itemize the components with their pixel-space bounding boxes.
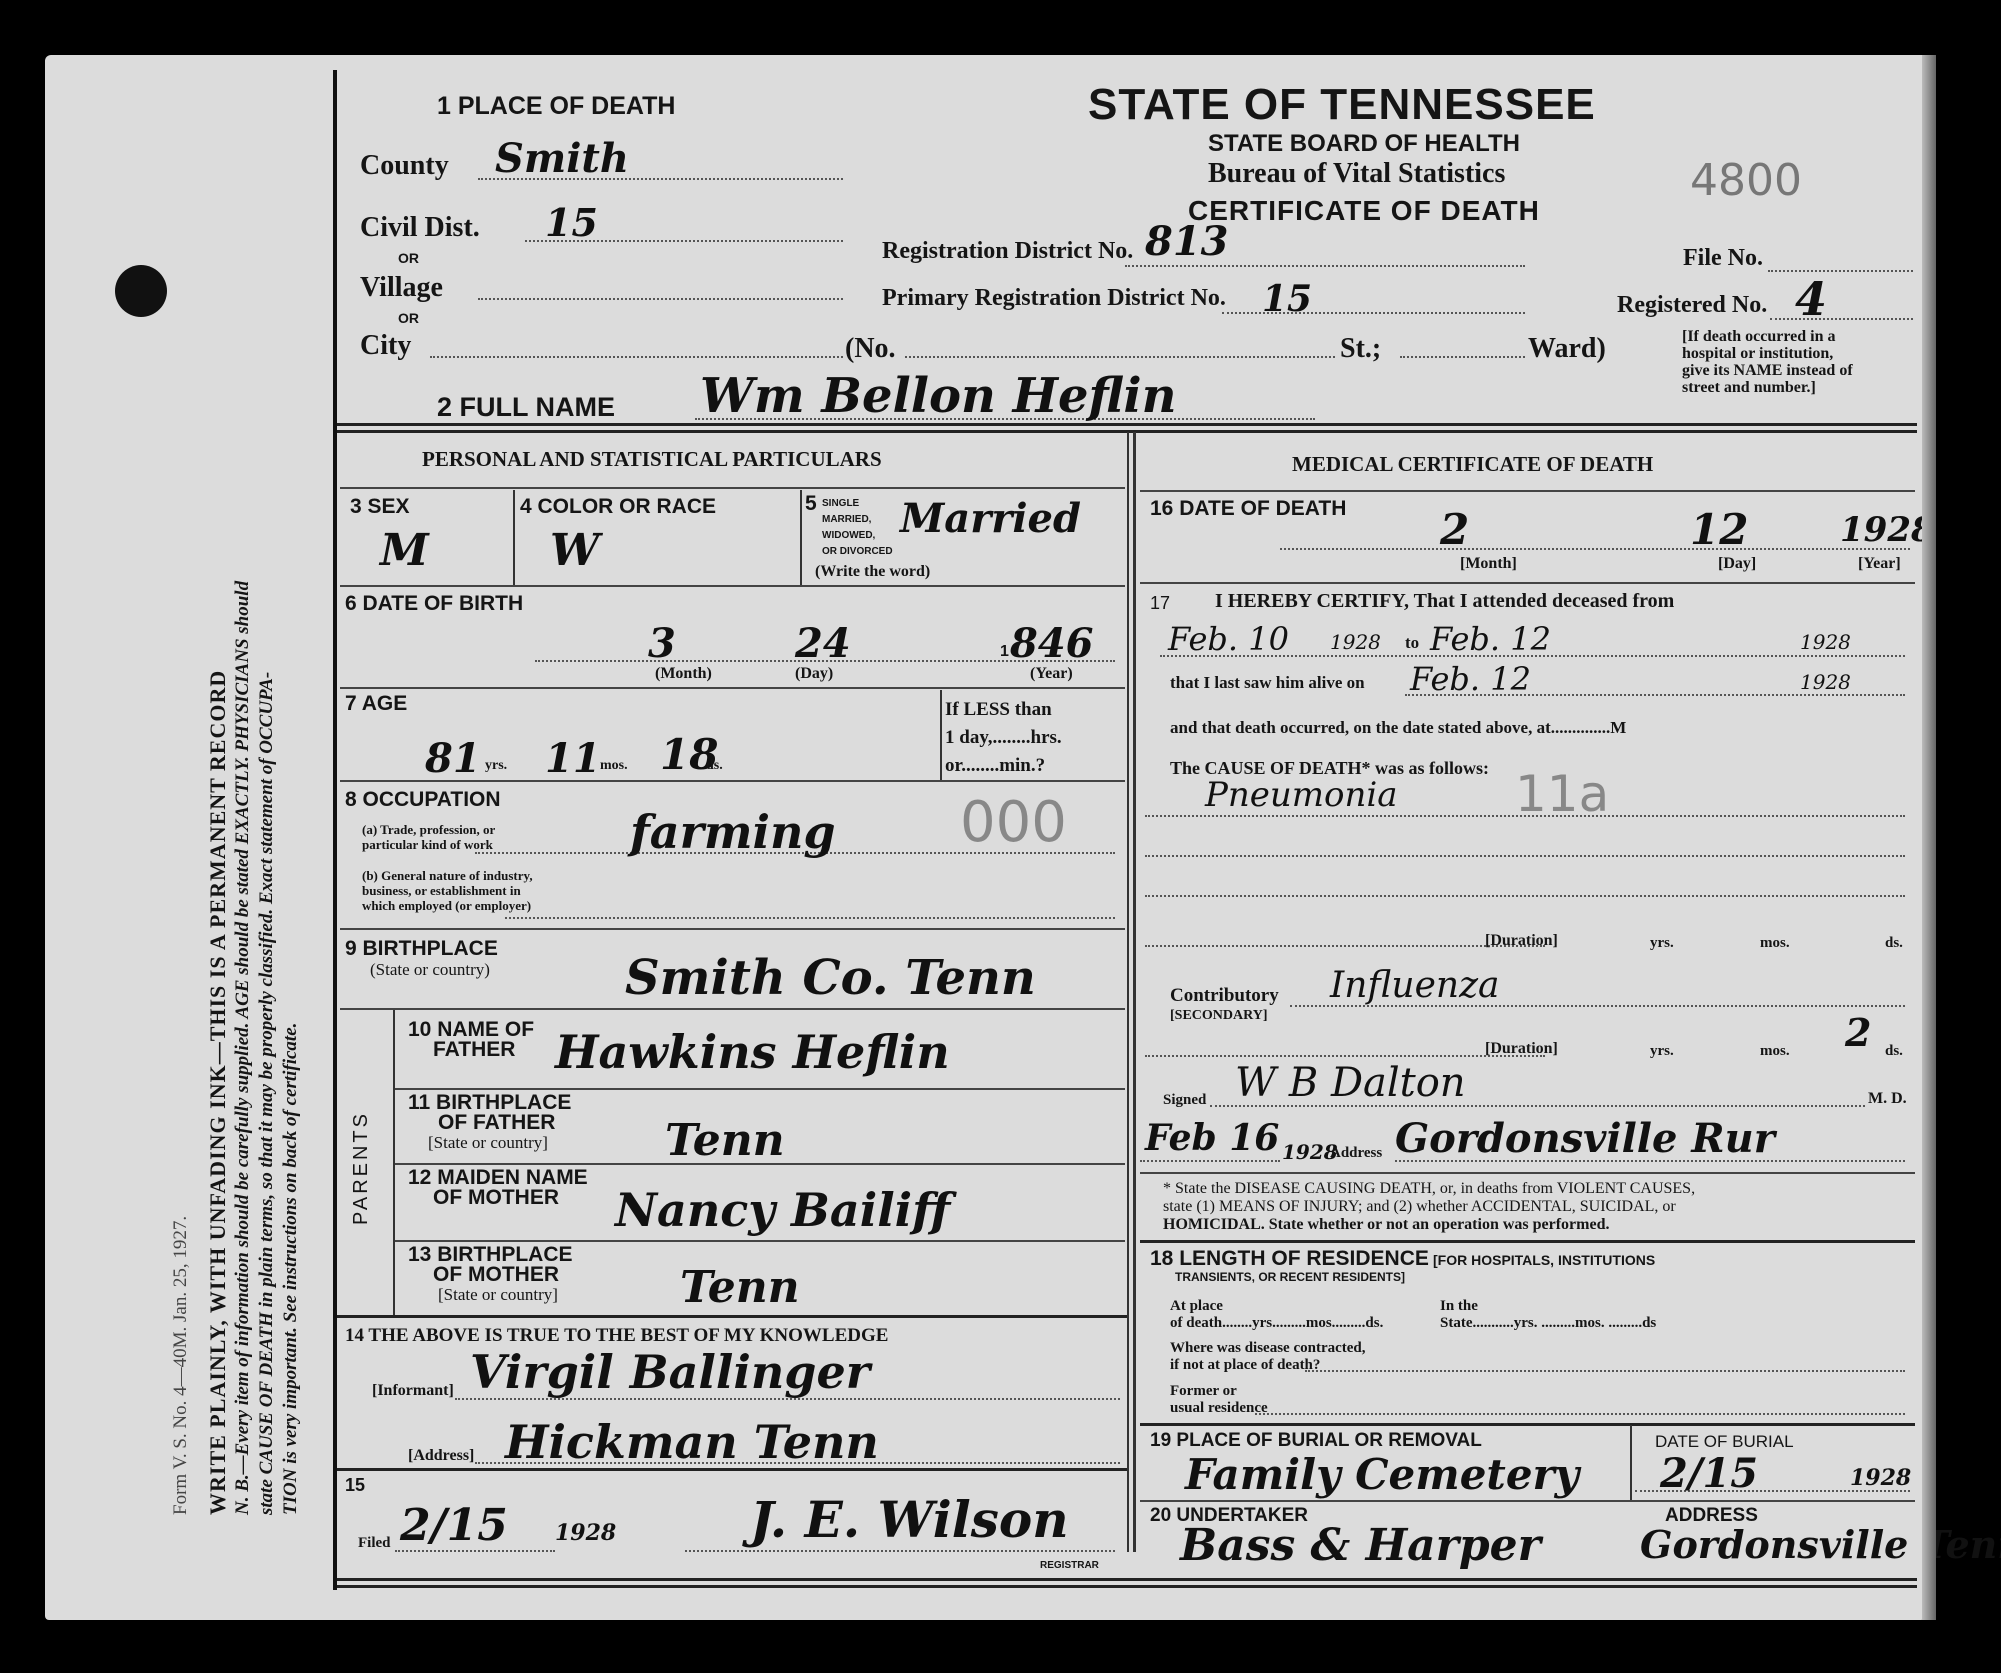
divider	[1630, 1425, 1632, 1500]
dob-year[interactable]: 846	[1010, 620, 1094, 667]
village-label: Village	[360, 272, 443, 304]
or-label: OR	[398, 310, 419, 326]
signed-label: Signed	[1163, 1092, 1206, 1109]
stamp-number: 4800	[1690, 155, 1802, 206]
cause-line-1	[1145, 815, 1905, 817]
occupation-value[interactable]: farming	[630, 805, 836, 859]
bureau-name: Bureau of Vital Statistics	[1208, 158, 1505, 190]
divider	[1140, 1500, 1915, 1502]
column-divider	[1127, 432, 1129, 1552]
hint: [Year]	[1858, 555, 1901, 573]
informant-heading: 14 THE ABOVE IS TRUE TO THE BEST OF MY K…	[345, 1325, 888, 1347]
primary-reg-value[interactable]: 15	[1262, 278, 1312, 320]
occupation-b-line	[505, 917, 1115, 919]
birthplace-value[interactable]: Smith Co. Tenn	[625, 950, 1036, 1006]
divider	[337, 423, 1917, 426]
birthplace-hint: (State or country)	[370, 960, 490, 980]
divider	[337, 1315, 1127, 1318]
unit: ds.	[1885, 1043, 1903, 1060]
place-of-death-heading: 1 PLACE OF DEATH	[437, 92, 675, 121]
last-saw-year[interactable]: 1928	[1800, 670, 1851, 694]
cause-line-2	[1145, 855, 1905, 857]
unit: ds.	[1885, 935, 1903, 952]
burial-date-label: DATE OF BURIAL	[1655, 1432, 1794, 1452]
residence-heading: 18 LENGTH OF RESIDENCE	[1150, 1247, 1429, 1271]
registered-no-value[interactable]: 4	[1795, 272, 1827, 326]
contributory-label: Contributory	[1170, 985, 1279, 1007]
father-value[interactable]: Hawkins Heflin	[555, 1025, 950, 1079]
unit: ds.	[706, 758, 723, 774]
instruction-line-3: state CAUSE OF DEATH in plain terms, so …	[256, 672, 278, 1515]
attended-from-year[interactable]: 1928	[1330, 630, 1381, 654]
attended-to-year[interactable]: 1928	[1800, 630, 1851, 654]
undertaker-value[interactable]: Bass & Harper	[1180, 1520, 1541, 1571]
residence-note-2: TRANSIENTS, OR RECENT RESIDENTS]	[1175, 1270, 1405, 1284]
divider	[800, 490, 802, 585]
marital-options: SINGLE MARRIED, WIDOWED, OR DIVORCED	[822, 496, 893, 560]
divider	[395, 1163, 1125, 1165]
reg-district-line	[1125, 265, 1525, 267]
informant-value[interactable]: Virgil Ballinger	[470, 1345, 870, 1399]
or-label: OR	[398, 250, 419, 266]
divider	[337, 1468, 1127, 1471]
contracted-line	[1305, 1370, 1905, 1372]
contributory-value[interactable]: Influenza	[1330, 965, 1500, 1006]
state-title: STATE OF TENNESSEE	[1088, 80, 1596, 130]
left-border	[333, 70, 337, 1590]
burial-date-year[interactable]: 1928	[1850, 1465, 1911, 1491]
last-saw-value[interactable]: Feb. 12	[1410, 660, 1531, 698]
divider	[1140, 1172, 1915, 1174]
full-name-label: 2 FULL NAME	[437, 392, 615, 423]
dod-month[interactable]: 2	[1440, 505, 1469, 554]
hint: [Month]	[1460, 555, 1517, 573]
hint: (Year)	[1030, 665, 1073, 683]
civil-dist-value[interactable]: 15	[545, 200, 598, 245]
medical-heading: MEDICAL CERTIFICATE OF DEATH	[1292, 452, 1653, 477]
burial-date-value[interactable]: 2/15	[1660, 1450, 1758, 1497]
at-place-of-death: At place of death........yrs.........mos…	[1170, 1298, 1383, 1332]
race-value[interactable]: W	[550, 525, 599, 576]
to-label: to	[1405, 633, 1419, 653]
mother-label: 12 MAIDEN NAME OF MOTHER	[408, 1168, 588, 1208]
street-line	[905, 356, 1335, 358]
dob-label: 6 DATE OF BIRTH	[345, 592, 523, 616]
dob-month[interactable]: 3	[648, 620, 676, 667]
physician-address[interactable]: Gordonsville Rur	[1395, 1115, 1775, 1162]
signed-date[interactable]: Feb 16	[1145, 1117, 1279, 1159]
file-no-line	[1768, 270, 1913, 272]
filed-num: 15	[345, 1475, 365, 1496]
informant-label: [Informant]	[372, 1382, 454, 1400]
unit: mos.	[600, 758, 628, 774]
registrar-signature[interactable]: J. E. Wilson	[750, 1490, 1069, 1549]
ward-label: Ward)	[1528, 333, 1606, 365]
race-label: 4 COLOR OR RACE	[520, 495, 716, 519]
in-the-state: In the State...........yrs. .........mos…	[1440, 1298, 1656, 1332]
attended-to[interactable]: Feb. 12	[1430, 620, 1551, 658]
certify-text: I HEREBY CERTIFY, That I attended deceas…	[1215, 590, 1674, 613]
occupation-label: 8 OCCUPATION	[345, 788, 501, 812]
burial-place-label: 19 PLACE OF BURIAL OR REMOVAL	[1150, 1430, 1482, 1452]
former-residence: Former or usual residence	[1170, 1383, 1268, 1417]
mother-birthplace-value[interactable]: Tenn	[680, 1262, 800, 1313]
father-birthplace-label: 11 BIRTHPLACE OF FATHER [State or countr…	[408, 1093, 571, 1153]
age-years[interactable]: 81	[425, 735, 481, 782]
undertaker-address-value[interactable]: Gordonsville Tenn	[1640, 1522, 2001, 1567]
reg-district-label: Registration District No.	[882, 238, 1133, 265]
attended-from[interactable]: Feb. 10	[1168, 620, 1289, 658]
board-of-health: STATE BOARD OF HEALTH	[1208, 130, 1520, 158]
divider	[1140, 1423, 1915, 1426]
registered-no-label: Registered No.	[1617, 292, 1767, 319]
father-label: 10 NAME OF FATHER	[408, 1020, 534, 1060]
certify-num: 17	[1150, 593, 1170, 614]
divider	[337, 1578, 1917, 1581]
occupation-b-hint: (b) General nature of industry, business…	[362, 868, 533, 913]
divider	[1140, 582, 1915, 584]
instruction-line-2: N. B.—Every item of information should b…	[232, 581, 254, 1515]
birthplace-label: 9 BIRTHPLACE	[345, 937, 498, 961]
registrar-line	[685, 1550, 1115, 1552]
marital-num: 5	[805, 492, 817, 516]
age-months[interactable]: 11	[545, 735, 601, 782]
dob-year-prefix: 1	[1000, 643, 1009, 661]
divider	[395, 1088, 1125, 1090]
physician-address-label: Address	[1330, 1145, 1382, 1162]
occupation-code: 000	[960, 790, 1067, 855]
divider	[340, 487, 1125, 489]
former-residence-line	[1255, 1413, 1905, 1415]
physician-signature[interactable]: W B Dalton	[1235, 1060, 1466, 1106]
unit: mos.	[1760, 1043, 1790, 1060]
filed-year[interactable]: 1928	[555, 1520, 616, 1546]
cause-line-3	[1145, 895, 1905, 897]
hint: (Month)	[655, 665, 712, 683]
marital-hint: (Write the word)	[815, 563, 930, 581]
divider	[340, 780, 1125, 782]
occupation-a-hint: (a) Trade, profession, or particular kin…	[362, 822, 495, 852]
primary-reg-label: Primary Registration District No.	[882, 285, 1226, 312]
file-no-label: File No.	[1683, 245, 1763, 272]
mother-birthplace-label: 13 BIRTHPLACE OF MOTHER [State or countr…	[408, 1245, 573, 1305]
divider	[340, 1008, 1125, 1010]
father-birthplace-value[interactable]: Tenn	[665, 1115, 785, 1166]
sex-label: 3 SEX	[350, 495, 410, 519]
registrar-label: REGISTRAR	[1040, 1560, 1099, 1571]
sex-value[interactable]: M	[380, 525, 429, 576]
ward-line	[1400, 356, 1525, 358]
street-no-label: (No.	[845, 333, 896, 365]
county-label: County	[360, 150, 449, 182]
village-line	[478, 298, 843, 300]
disease-contracted: Where was disease contracted, if not at …	[1170, 1340, 1366, 1374]
duration-label: [Duration]	[1485, 1040, 1558, 1058]
divider	[337, 1585, 1917, 1588]
burial-place-value[interactable]: Family Cemetery	[1185, 1450, 1579, 1499]
duration-label: [Duration]	[1485, 932, 1558, 950]
age-label: 7 AGE	[345, 692, 407, 716]
cause-value[interactable]: Pneumonia	[1205, 775, 1398, 815]
divider	[340, 585, 1125, 587]
secondary-label: [SECONDARY]	[1170, 1008, 1268, 1024]
column-divider	[1133, 432, 1136, 1552]
instruction-permanent-record: WRITE PLAINLY, WITH UNFADING INK—THIS IS…	[205, 670, 231, 1515]
divider	[940, 690, 942, 780]
personal-heading: PERSONAL AND STATISTICAL PARTICULARS	[422, 447, 882, 472]
certificate-title: CERTIFICATE OF DEATH	[1188, 195, 1540, 227]
filed-label: Filed	[358, 1535, 391, 1552]
unit: yrs.	[485, 758, 507, 774]
residence-note: [FOR HOSPITALS, INSTITUTIONS	[1433, 1252, 1655, 1268]
divider	[395, 1240, 1125, 1242]
divider	[513, 490, 515, 585]
dob-day[interactable]: 24	[795, 620, 851, 667]
paper-edge	[1922, 55, 1936, 1620]
hint: (Day)	[795, 665, 833, 683]
divider	[1140, 1240, 1915, 1243]
informant-address-value[interactable]: Hickman Tenn	[505, 1415, 879, 1469]
punch-hole	[115, 265, 167, 317]
city-line	[430, 356, 843, 358]
county-value[interactable]: Smith	[495, 135, 629, 182]
unit: yrs.	[1650, 1043, 1674, 1060]
form-number: Form V. S. No. 4—40M. Jan. 25, 1927.	[170, 1216, 192, 1515]
cause-footnote: * State the DISEASE CAUSING DEATH, or, i…	[1163, 1180, 1695, 1234]
divider	[1140, 490, 1915, 492]
hint: [Day]	[1718, 555, 1756, 573]
dod-label: 16 DATE OF DEATH	[1150, 497, 1346, 521]
informant-address-label: [Address]	[408, 1447, 474, 1465]
signed-date-line	[1140, 1160, 1280, 1162]
filed-value[interactable]: 2/15	[400, 1500, 508, 1551]
contributory-duration-days[interactable]: 2	[1845, 1010, 1871, 1055]
civil-dist-label: Civil Dist.	[360, 212, 480, 244]
registered-no-line	[1770, 318, 1913, 320]
less-than-day: If LESS than 1 day,........hrs. or......…	[945, 696, 1062, 780]
full-name-value[interactable]: Wm Bellon Heflin	[700, 368, 1177, 424]
reg-district-value[interactable]: 813	[1145, 218, 1229, 265]
unit: yrs.	[1650, 935, 1674, 952]
dod-day[interactable]: 12	[1690, 505, 1748, 554]
street-label: St.;	[1340, 333, 1381, 365]
last-saw-text: that I last saw him alive on	[1170, 673, 1365, 693]
parents-side-label: PARENTS	[350, 1111, 373, 1225]
city-label: City	[360, 330, 411, 362]
occurred-text: and that death occurred, on the date sta…	[1170, 718, 1626, 738]
md-label: M. D.	[1868, 1090, 1907, 1108]
divider	[340, 928, 1125, 930]
marital-value[interactable]: Married	[900, 495, 1081, 542]
mother-value[interactable]: Nancy Bailiff	[615, 1183, 950, 1237]
divider	[340, 687, 1125, 689]
dod-year[interactable]: 1928	[1840, 510, 1935, 550]
hospital-note: [If death occurred in a hospital or inst…	[1682, 328, 1853, 396]
dod-line	[1280, 548, 1910, 550]
unit: mos.	[1760, 935, 1790, 952]
instruction-line-4: TION is very important. See instructions…	[280, 1023, 302, 1515]
